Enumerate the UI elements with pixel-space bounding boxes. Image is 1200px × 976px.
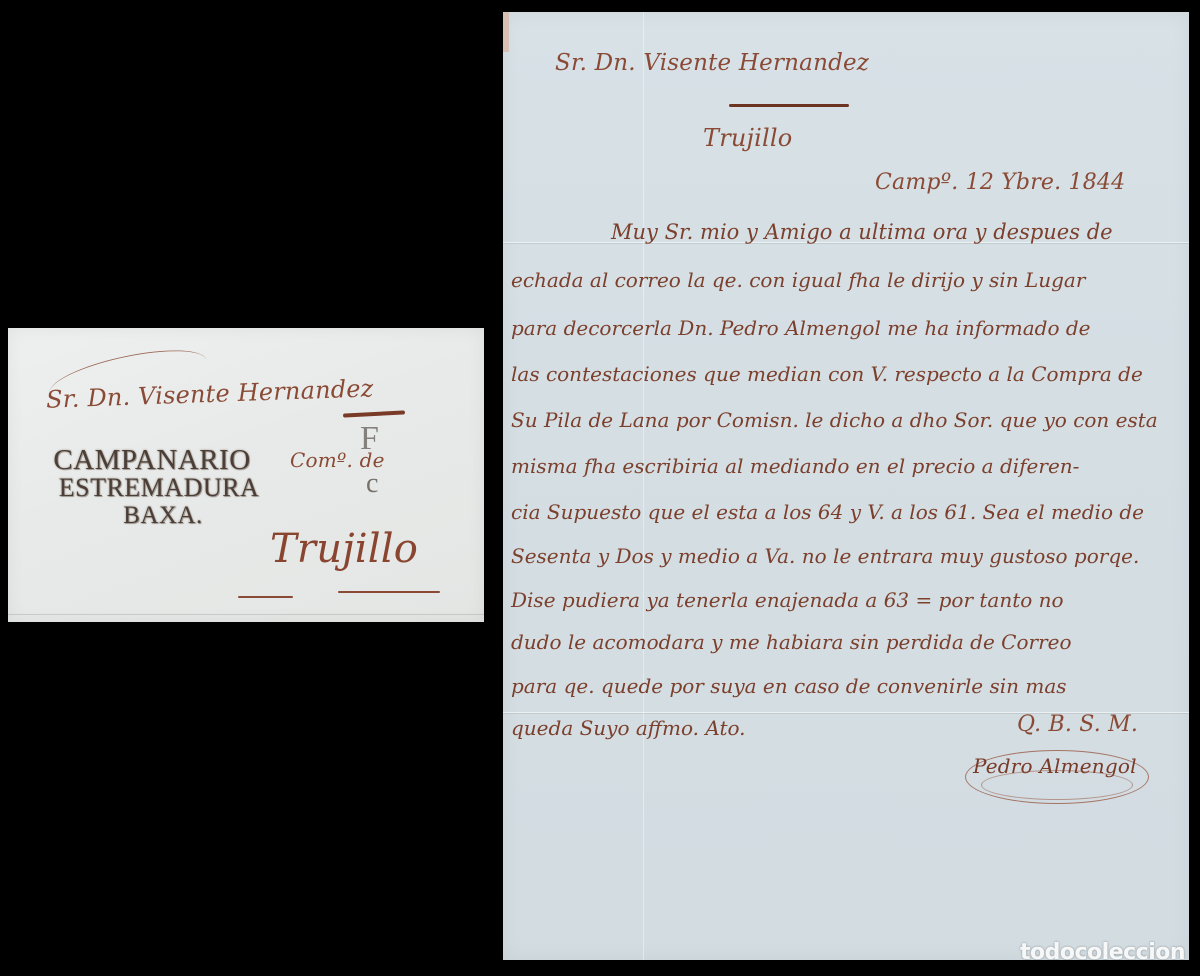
letter-edge-stain <box>503 12 509 52</box>
letter-sheet: Sr. Dn. Visente Hernandez Trujillo Campº… <box>503 12 1189 960</box>
postmark-line-2: ESTREMADURA <box>30 475 288 501</box>
body-line-2: echada al correo la qe. con igual fha le… <box>511 268 1085 292</box>
letter-address: Sr. Dn. Visente Hernandez <box>555 50 869 76</box>
letter-crease-vertical <box>643 12 644 960</box>
cover-address-underline <box>343 410 405 417</box>
letter-closing: Q. B. S. M. <box>1017 712 1138 737</box>
body-line-6: misma fha escribiria al mediando en el p… <box>511 454 1079 478</box>
body-line-11: para qe. quede por suya en caso de conve… <box>511 674 1067 698</box>
body-line-3: para decorcerla Dn. Pedro Almengol me ha… <box>511 316 1091 340</box>
letter-signature: Pedro Almengol <box>973 754 1137 778</box>
cover-fold-line <box>8 614 484 615</box>
body-line-1: Muy Sr. mio y Amigo a ultima ora y despu… <box>611 220 1113 244</box>
postmark-stamp: CAMPANARIO ESTREMADURA BAXA. <box>30 446 288 528</box>
destination-underline-right <box>338 591 440 593</box>
postal-mark-c: c <box>366 468 378 500</box>
envelope-cover: Sr. Dn. Visente Hernandez F CAMPANARIO E… <box>8 328 484 622</box>
postmark-line-3: BAXA. <box>38 503 288 528</box>
body-line-10: dudo le acomodara y me habiara sin perdi… <box>511 630 1072 654</box>
watermark-logo: todocoleccion <box>1020 940 1185 965</box>
cover-destination: Trujillo <box>270 526 418 572</box>
body-line-5: Su Pila de Lana por Comisn. le dicho a d… <box>511 408 1158 432</box>
body-line-7: cia Supuesto que el esta a los 64 y V. a… <box>511 500 1144 524</box>
destination-underline-left <box>238 596 293 598</box>
letter-address-underline <box>729 104 849 107</box>
letter-place: Trujillo <box>703 124 792 152</box>
body-line-8: Sesenta y Dos y medio a Va. no le entrar… <box>511 544 1139 568</box>
body-line-4: las contestaciones que median con V. res… <box>511 362 1143 386</box>
letter-date: Campº. 12 Ybre. 1844 <box>875 170 1125 195</box>
body-line-12: queda Suyo affmo. Ato. <box>511 716 746 740</box>
postmark-line-1: CAMPANARIO <box>16 446 288 475</box>
body-line-9: Dise pudiera ya tenerla enajenada a 63 =… <box>511 588 1064 612</box>
